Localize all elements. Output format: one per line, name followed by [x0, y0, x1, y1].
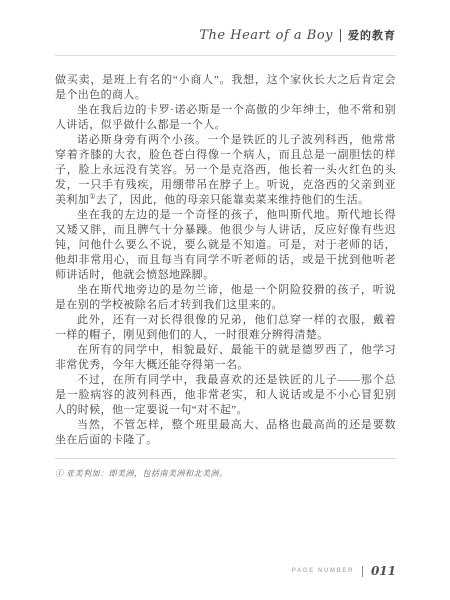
footnote-separator	[55, 458, 396, 459]
page-footer: PAGE NUMBER 011	[55, 564, 396, 578]
footnote-ref: ①	[89, 192, 96, 200]
header-rule	[55, 55, 396, 56]
book-title-chinese: 爱的教育	[348, 27, 396, 43]
footer-divider	[362, 566, 363, 577]
paragraph: 当然，不管怎样，整个班里最高大、品格也最高尚的还是要数坐在后面的卡隆了。	[55, 418, 396, 448]
book-title-english: The Heart of a Boy	[199, 28, 333, 43]
footnote: ① 亚美利加：即美洲，包括南美洲和北美洲。	[55, 468, 396, 479]
paragraph: 不过，在所有同学中，我最喜欢的还是铁匠的儿子——那个总是一脸病容的波列科西，他非…	[55, 373, 396, 418]
book-page: The Heart of a Boy 爱的教育 做买卖，是班上有名的“小商人”。…	[0, 0, 450, 600]
paragraph: 在所有的同学中，相貌最好、最能干的就是德罗西了，他学习非常优秀，今年大概还能夺得…	[55, 343, 396, 373]
paragraph: 坐在我后边的卡罗·诺必斯是一个高傲的少年绅士，他不常和别人讲话，似乎做什么都是一…	[55, 103, 396, 133]
paragraph: 此外，还有一对长得很像的兄弟，他们总穿一样的衣服，戴着一样的帽子，刚见到他们的人…	[55, 313, 396, 343]
paragraph: 诺必斯身旁有两个小孩。一个是铁匠的儿子波列科西，他常常穿着齐膝的大衣，脸色苍白得…	[55, 133, 396, 208]
page-number: 011	[371, 564, 396, 578]
paragraph: 做买卖，是班上有名的“小商人”。我想，这个家伙长大之后肯定会是个出色的商人。	[55, 73, 396, 103]
paragraph: 坐在斯代地旁边的是勿兰谛，他是一个阴险狡猾的孩子，听说是在别的学校被除名后才转到…	[55, 283, 396, 313]
footer-label: PAGE NUMBER	[292, 568, 354, 574]
page-header: The Heart of a Boy 爱的教育	[55, 24, 396, 46]
paragraph: 坐在我的左边的是一个奇怪的孩子，他叫斯代地。斯代地长得又矮又胖，而且脾气十分暴躁…	[55, 208, 396, 283]
header-divider	[340, 29, 341, 42]
body-paragraphs: 做买卖，是班上有名的“小商人”。我想，这个家伙长大之后肯定会是个出色的商人。坐在…	[55, 73, 396, 448]
